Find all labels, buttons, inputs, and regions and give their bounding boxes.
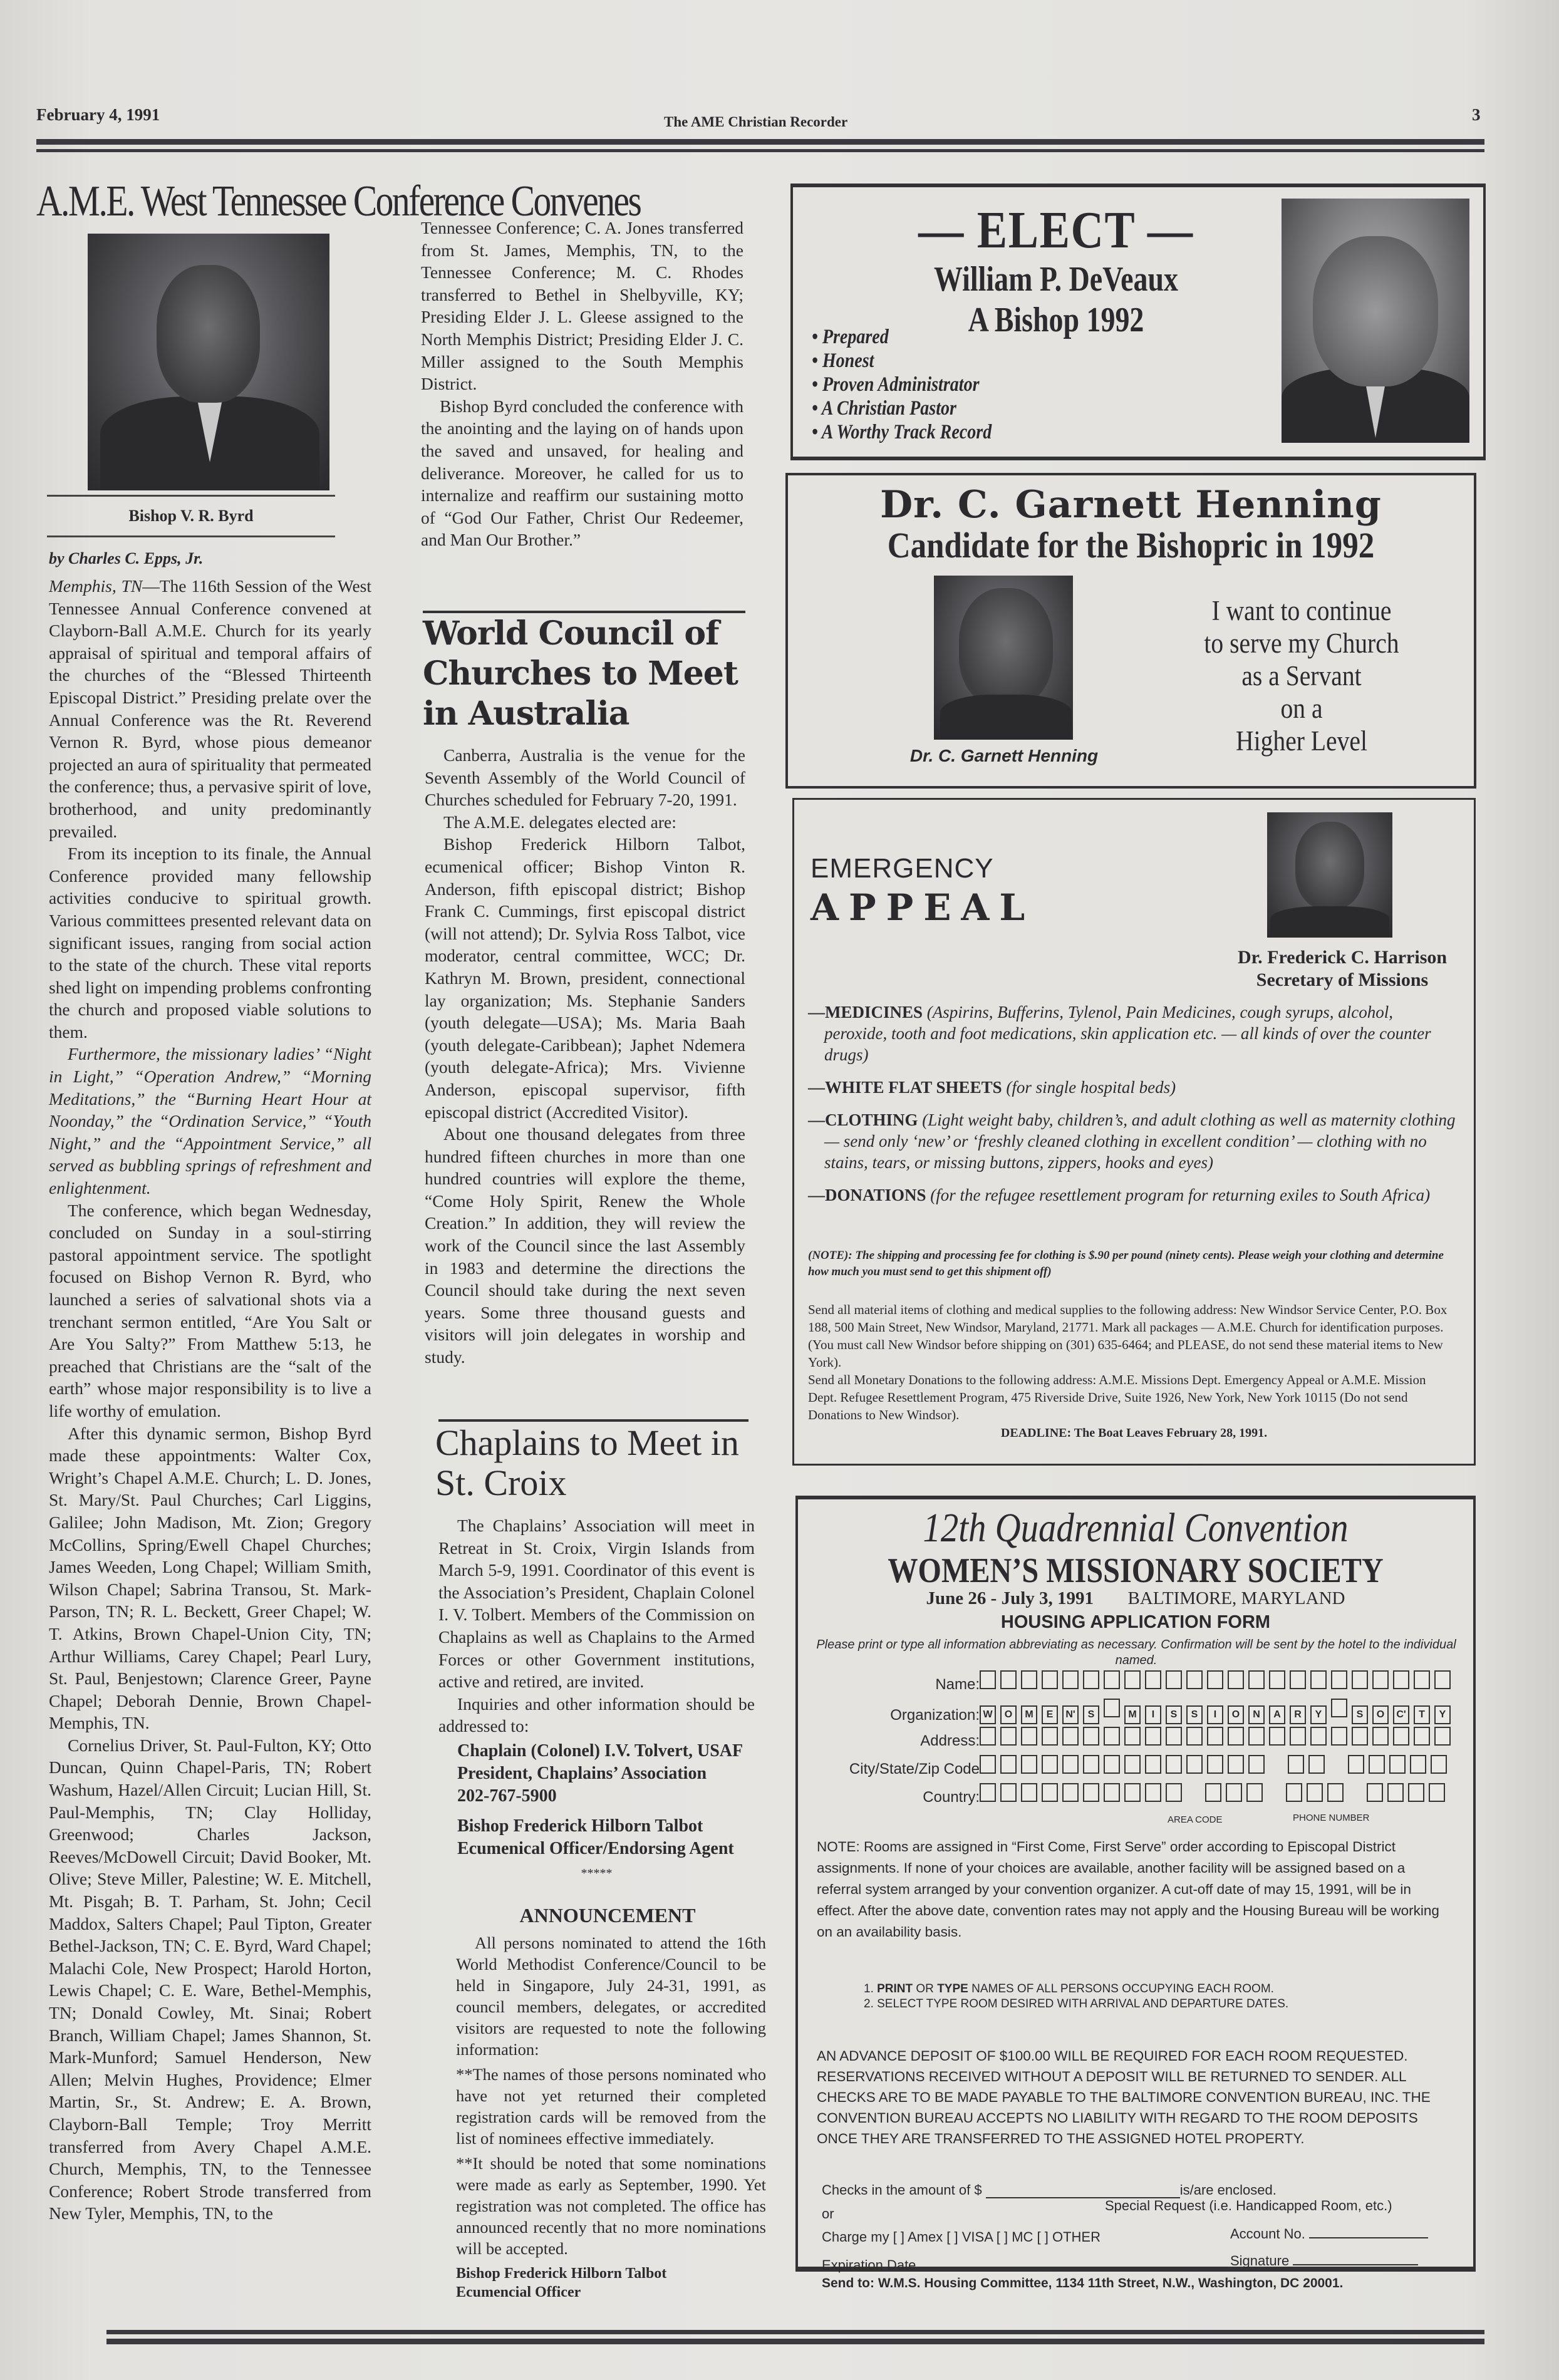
- henning-photo: [934, 576, 1073, 740]
- step-2: 2. SELECT TYPE ROOM DESIRED WITH ARRIVAL…: [864, 1997, 1427, 2012]
- account-number-field: Account No.: [1230, 2226, 1428, 2242]
- organization-label: Organization:: [798, 1707, 980, 1724]
- char-box[interactable]: [1228, 1727, 1244, 1746]
- appeal-title-line2: APPEAL: [811, 886, 1035, 929]
- char-box[interactable]: [1393, 1670, 1409, 1689]
- paragraph: Inquiries and other information should b…: [438, 1693, 755, 1737]
- char-box[interactable]: N': [1062, 1705, 1079, 1724]
- chaplains-article-body: The Chaplains’ Association will meet in …: [438, 1514, 755, 1885]
- char-box[interactable]: [1248, 1727, 1265, 1746]
- paragraph: The Chaplains’ Association will meet in …: [438, 1514, 755, 1693]
- char-box[interactable]: [1429, 1783, 1445, 1802]
- char-box[interactable]: [1228, 1670, 1244, 1689]
- paragraph: Bishop Byrd concluded the conference wit…: [421, 395, 743, 551]
- paragraph: Furthermore, the missionary ladies’ “Nig…: [49, 1043, 371, 1199]
- qualities-list: • Prepared • Honest • Proven Administrat…: [812, 325, 992, 444]
- char-box[interactable]: S: [1166, 1705, 1182, 1724]
- paragraph: The conference, which began Wednesday, c…: [49, 1199, 371, 1422]
- char-box[interactable]: [1021, 1755, 1037, 1774]
- name-input[interactable]: [980, 1670, 1455, 1694]
- char-box[interactable]: [1207, 1670, 1223, 1689]
- area-code-input[interactable]: [1205, 1783, 1267, 1806]
- country-input[interactable]: [980, 1783, 1186, 1806]
- char-box[interactable]: [1367, 1783, 1383, 1802]
- announcement-heading: ANNOUNCEMENT: [451, 1904, 764, 1927]
- char-box[interactable]: C': [1393, 1705, 1409, 1724]
- char-box[interactable]: [980, 1783, 996, 1802]
- char-box[interactable]: [1062, 1727, 1079, 1746]
- convention-dates-location: June 26 - July 3, 1991 BALTIMORE, MARYLA…: [798, 1588, 1473, 1609]
- monetary-address: Send all Monetary Donations to the follo…: [808, 1371, 1456, 1424]
- char-box[interactable]: [1000, 1670, 1017, 1689]
- form-title: HOUSING APPLICATION FORM: [798, 1612, 1473, 1633]
- char-box[interactable]: O: [1372, 1705, 1389, 1724]
- country-label: Country:: [798, 1789, 980, 1806]
- expiration-date-input[interactable]: [920, 2269, 1146, 2270]
- quality-item: • A Worthy Track Record: [812, 420, 992, 444]
- appeal-deadline: DEADLINE: The Boat Leaves February 28, 1…: [794, 1426, 1474, 1441]
- char-box[interactable]: [1288, 1755, 1304, 1774]
- elect-title: — ELECT —: [905, 200, 1207, 261]
- char-box[interactable]: [1021, 1727, 1037, 1746]
- char-box[interactable]: [1331, 1670, 1347, 1689]
- char-box[interactable]: [1307, 1783, 1323, 1802]
- char-box[interactable]: [1434, 1670, 1451, 1689]
- char-box[interactable]: [1226, 1783, 1242, 1802]
- appeal-item-medicines: —MEDICINES (Aspirins, Bufferins, Tylenol…: [808, 1001, 1456, 1065]
- char-box[interactable]: [1352, 1670, 1368, 1689]
- char-box[interactable]: [1348, 1755, 1364, 1774]
- chaplain-signoff: Bishop Frederick Hilborn Talbot Ecumenic…: [438, 1815, 755, 1860]
- char-box[interactable]: [1327, 1783, 1344, 1802]
- paragraph: The A.M.E. delegates elected are:: [425, 811, 745, 834]
- deveaux-photo: [1282, 199, 1469, 443]
- lead-article-column-1: Memphis, TN—The 116th Session of the Wes…: [49, 575, 371, 2225]
- wcc-headline: World Council of Churches to Meet in Aus…: [423, 614, 748, 734]
- char-box[interactable]: [1166, 1783, 1182, 1802]
- appeal-item-sheets: —WHITE FLAT SHEETS (for single hospital …: [808, 1077, 1456, 1098]
- char-box[interactable]: [1021, 1783, 1037, 1802]
- char-box[interactable]: I: [1207, 1705, 1223, 1724]
- phone-number-label: PHONE NUMBER: [1293, 1813, 1370, 1823]
- char-box[interactable]: [1269, 1670, 1285, 1689]
- address-input[interactable]: [980, 1727, 1455, 1750]
- char-box[interactable]: S: [1186, 1705, 1203, 1724]
- organization-input[interactable]: WOMEN'SMISSIONARYSOC'TY: [980, 1699, 1455, 1724]
- char-box[interactable]: [1248, 1755, 1265, 1774]
- char-box[interactable]: [1414, 1670, 1430, 1689]
- area-code-label: AREA CODE: [1168, 1814, 1223, 1825]
- char-box[interactable]: S: [1352, 1705, 1368, 1724]
- char-box[interactable]: [1042, 1727, 1058, 1746]
- char-box[interactable]: [1000, 1727, 1017, 1746]
- char-box[interactable]: [1389, 1755, 1406, 1774]
- char-box[interactable]: [1410, 1755, 1426, 1774]
- char-box[interactable]: [1000, 1783, 1017, 1802]
- deposit-terms: AN ADVANCE DEPOSIT OF $100.00 WILL BE RE…: [817, 2046, 1443, 2149]
- or-label: or: [822, 2206, 834, 2222]
- name-field-row: Name:: [798, 1670, 1462, 1694]
- paragraph: Bishop Frederick Hilborn Talbot, ecumeni…: [425, 833, 745, 1123]
- footer-rule: [106, 2330, 1484, 2334]
- elect-deveaux-ad: — ELECT — William P. DeVeaux A Bishop 19…: [790, 184, 1486, 460]
- charge-options[interactable]: Charge my [ ] Amex [ ] VISA [ ] MC [ ] O…: [822, 2229, 1101, 2245]
- char-box[interactable]: I: [1145, 1705, 1161, 1724]
- char-box[interactable]: [1207, 1727, 1223, 1746]
- city-field-row: City/State/Zip Code: [798, 1755, 1462, 1778]
- special-request-label[interactable]: Special Request (i.e. Handicapped Room, …: [1105, 2198, 1392, 2214]
- quality-item: • A Christian Pastor: [812, 396, 992, 420]
- char-box[interactable]: [1000, 1755, 1017, 1774]
- char-box[interactable]: [1124, 1670, 1141, 1689]
- lead-article-column-2: Tennessee Conference; C. A. Jones transf…: [421, 217, 743, 551]
- lead-paragraph: Memphis, TN—The 116th Session of the Wes…: [49, 575, 371, 842]
- name-label: Name:: [798, 1676, 980, 1694]
- char-box[interactable]: Y: [1310, 1705, 1327, 1724]
- paragraph: About one thousand delegates from three …: [425, 1123, 745, 1368]
- char-box[interactable]: [1145, 1783, 1161, 1802]
- char-box[interactable]: [1331, 1699, 1347, 1717]
- expiration-field: Expiration Date: [822, 2257, 1146, 2274]
- paragraph: Cornelius Driver, St. Paul-Fulton, KY; O…: [49, 1734, 371, 2225]
- room-assignment-note: NOTE: Rooms are assigned in “First Come,…: [817, 1836, 1449, 1943]
- form-steps: 1. PRINT OR TYPE NAMES OF ALL PERSONS OC…: [864, 1982, 1427, 2012]
- chaplains-headline: Chaplains to Meet in St. Croix: [435, 1423, 755, 1503]
- char-box[interactable]: [1104, 1783, 1120, 1802]
- announcement-signoff: Bishop Frederick Hilborn Talbot Ecumenci…: [456, 2264, 766, 2302]
- char-box[interactable]: [1083, 1783, 1099, 1802]
- char-box[interactable]: [1308, 1755, 1325, 1774]
- char-box[interactable]: [1186, 1727, 1203, 1746]
- article-separator: [423, 611, 745, 613]
- send-to-address: Send to: W.M.S. Housing Committee, 1134 …: [822, 2276, 1343, 2291]
- housing-application-form: 12th Quadrennial Convention WOMEN’S MISS…: [795, 1496, 1476, 2272]
- char-box[interactable]: [1369, 1755, 1385, 1774]
- quality-item: • Proven Administrator: [812, 373, 992, 396]
- step-1: 1. PRINT OR TYPE NAMES OF ALL PERSONS OC…: [864, 1982, 1427, 1997]
- section-divider: *****: [438, 1863, 755, 1885]
- char-box[interactable]: [1062, 1755, 1079, 1774]
- char-box[interactable]: [1387, 1783, 1404, 1802]
- char-box[interactable]: [1062, 1783, 1079, 1802]
- char-box[interactable]: R: [1290, 1705, 1306, 1724]
- shipping-note: (NOTE): The shipping and processing fee …: [808, 1248, 1456, 1280]
- char-box[interactable]: [1310, 1670, 1327, 1689]
- paragraph: From its inception to its finale, the An…: [49, 842, 371, 1043]
- char-box[interactable]: [980, 1727, 996, 1746]
- quality-item: • Prepared: [812, 325, 992, 349]
- address-field-row: Address:: [798, 1727, 1462, 1750]
- char-box[interactable]: M: [1124, 1705, 1141, 1724]
- char-box[interactable]: [1372, 1670, 1389, 1689]
- char-box[interactable]: T: [1414, 1705, 1430, 1724]
- char-box[interactable]: [1166, 1755, 1182, 1774]
- convention-title: 12th Quadrennial Convention: [845, 1504, 1426, 1552]
- char-box[interactable]: N: [1248, 1705, 1265, 1724]
- zip-input[interactable]: [1348, 1755, 1451, 1778]
- henning-title: Dr. C. Garnett Henning: [788, 483, 1474, 527]
- article-separator: [438, 1419, 748, 1422]
- char-box[interactable]: [1021, 1670, 1037, 1689]
- henning-candidate-ad: Dr. C. Garnett Henning Candidate for the…: [785, 473, 1476, 789]
- char-box[interactable]: [980, 1670, 996, 1689]
- paragraph: **The names of those persons nominated w…: [456, 2064, 766, 2149]
- char-box[interactable]: [1286, 1783, 1302, 1802]
- country-field-row: Country:: [798, 1783, 1462, 1806]
- checks-line: Checks in the amount of $ is/are enclose…: [822, 2182, 1277, 2198]
- char-box[interactable]: [1352, 1727, 1368, 1746]
- candidate-name: William P. DeVeaux: [892, 259, 1221, 299]
- char-box[interactable]: [1104, 1727, 1120, 1746]
- signature-field: Signature: [1230, 2253, 1418, 2269]
- char-box[interactable]: [1186, 1670, 1203, 1689]
- char-box[interactable]: [1124, 1727, 1141, 1746]
- char-box[interactable]: [1431, 1755, 1447, 1774]
- announcement-body: All persons nominated to attend the 16th…: [456, 1932, 766, 2302]
- char-box[interactable]: O: [1228, 1705, 1244, 1724]
- char-box[interactable]: [1042, 1755, 1058, 1774]
- appeal-item-clothing: —CLOTHING (Light weight baby, children’s…: [808, 1109, 1456, 1173]
- char-box[interactable]: [1062, 1670, 1079, 1689]
- char-box[interactable]: [1414, 1727, 1430, 1746]
- char-box[interactable]: [1166, 1670, 1182, 1689]
- footer-rule-thick: [106, 2339, 1484, 2344]
- emergency-appeal-box: EMERGENCY APPEAL Dr. Frederick C. Harris…: [792, 798, 1476, 1466]
- char-box[interactable]: [1042, 1783, 1058, 1802]
- state-input[interactable]: [1288, 1755, 1329, 1778]
- convention-dates: June 26 - July 3, 1991: [926, 1588, 1094, 1608]
- appeal-title-line1: EMERGENCY: [811, 853, 994, 884]
- header-rule-thin: [36, 149, 1484, 152]
- char-box[interactable]: [1124, 1755, 1141, 1774]
- city-state-zip-label: City/State/Zip Code: [798, 1761, 980, 1778]
- paragraph: After this dynamic sermon, Bishop Byrd m…: [49, 1422, 371, 1734]
- char-box[interactable]: S: [1083, 1705, 1099, 1724]
- char-box[interactable]: [1186, 1755, 1203, 1774]
- paragraph: Tennessee Conference; C. A. Jones transf…: [421, 217, 743, 395]
- page-number: 3: [1472, 105, 1481, 125]
- char-box[interactable]: [1104, 1755, 1120, 1774]
- city-input[interactable]: [980, 1755, 1269, 1778]
- form-instructions: Please print or type all information abb…: [811, 1637, 1462, 1669]
- char-box[interactable]: [1145, 1670, 1161, 1689]
- char-box[interactable]: [1408, 1783, 1424, 1802]
- char-box[interactable]: [1331, 1727, 1347, 1746]
- paragraph: All persons nominated to attend the 16th…: [456, 1932, 766, 2060]
- char-box[interactable]: [1205, 1783, 1221, 1802]
- organization-title: WOMEN’S MISSIONARY SOCIETY: [845, 1551, 1426, 1591]
- henning-quote: I want to continue to serve my Church as…: [1147, 594, 1456, 757]
- char-box[interactable]: Y: [1434, 1705, 1451, 1724]
- char-box[interactable]: [1124, 1783, 1141, 1802]
- byline: by Charles C. Epps, Jr.: [49, 549, 203, 568]
- henning-subtitle: Candidate for the Bishopric in 1992: [829, 524, 1433, 566]
- char-box[interactable]: [1145, 1755, 1161, 1774]
- char-box[interactable]: [1207, 1755, 1223, 1774]
- char-box[interactable]: [1246, 1783, 1263, 1802]
- char-box[interactable]: [1248, 1670, 1265, 1689]
- char-box[interactable]: O: [1000, 1705, 1017, 1724]
- char-box[interactable]: [1083, 1755, 1099, 1774]
- char-box[interactable]: [1269, 1727, 1285, 1746]
- bishop-byrd-photo: [88, 234, 329, 490]
- char-box[interactable]: [1372, 1727, 1389, 1746]
- issue-date: February 4, 1991: [36, 105, 160, 125]
- signature-input[interactable]: [1293, 2264, 1418, 2265]
- char-box[interactable]: E: [1042, 1705, 1058, 1724]
- paper-name: The AME Christian Recorder: [664, 114, 847, 130]
- char-box[interactable]: [1434, 1727, 1451, 1746]
- phone-number-input[interactable]: [1367, 1783, 1449, 1806]
- appeal-item-donations: —DONATIONS (for the refugee resettlement…: [808, 1184, 1456, 1206]
- char-box[interactable]: [1310, 1727, 1327, 1746]
- photo-caption: Bishop V. R. Byrd: [47, 495, 335, 537]
- char-box[interactable]: [1290, 1727, 1306, 1746]
- paragraph: **It should be noted that some nominatio…: [456, 2153, 766, 2259]
- char-box[interactable]: [1083, 1670, 1099, 1689]
- chaplain-contact: Chaplain (Colonel) I.V. Tolvert, USAF Pr…: [438, 1740, 755, 1808]
- paragraph: Canberra, Australia is the venue for the…: [425, 744, 745, 811]
- char-box[interactable]: [1166, 1727, 1182, 1746]
- char-box[interactable]: W: [980, 1705, 996, 1724]
- henning-photo-caption: Dr. C. Garnett Henning: [888, 746, 1120, 766]
- address-label: Address:: [798, 1732, 980, 1750]
- char-box[interactable]: A: [1269, 1705, 1285, 1724]
- harrison-photo: [1267, 812, 1392, 938]
- char-box[interactable]: [1083, 1727, 1099, 1746]
- header-rule: [36, 139, 1484, 145]
- char-box[interactable]: [1290, 1670, 1306, 1689]
- appeal-items: —MEDICINES (Aspirins, Bufferins, Tylenol…: [808, 1001, 1456, 1217]
- dateline: Memphis, TN: [49, 576, 142, 596]
- char-box[interactable]: [1228, 1755, 1244, 1774]
- quality-item: • Honest: [812, 349, 992, 373]
- newspaper-page: February 4, 1991 The AME Christian Recor…: [0, 0, 1559, 2380]
- account-number-input[interactable]: [1309, 2237, 1428, 2238]
- harrison-name-title: Dr. Frederick C. Harrison Secretary of M…: [1226, 946, 1458, 991]
- phone-prefix-input[interactable]: [1286, 1783, 1348, 1806]
- char-box[interactable]: [1104, 1699, 1120, 1717]
- organization-field-row: Organization: WOMEN'SMISSIONARYSOC'TY: [798, 1699, 1462, 1724]
- char-box[interactable]: [1145, 1727, 1161, 1746]
- convention-location: BALTIMORE, MARYLAND: [1128, 1588, 1345, 1608]
- char-box[interactable]: [980, 1755, 996, 1774]
- wcc-article-body: Canberra, Australia is the venue for the…: [425, 744, 745, 1368]
- material-address: Send all material items of clothing and …: [808, 1301, 1456, 1371]
- char-box[interactable]: [1104, 1670, 1120, 1689]
- char-box[interactable]: [1393, 1727, 1409, 1746]
- char-box[interactable]: M: [1021, 1705, 1037, 1724]
- char-box[interactable]: [1042, 1670, 1058, 1689]
